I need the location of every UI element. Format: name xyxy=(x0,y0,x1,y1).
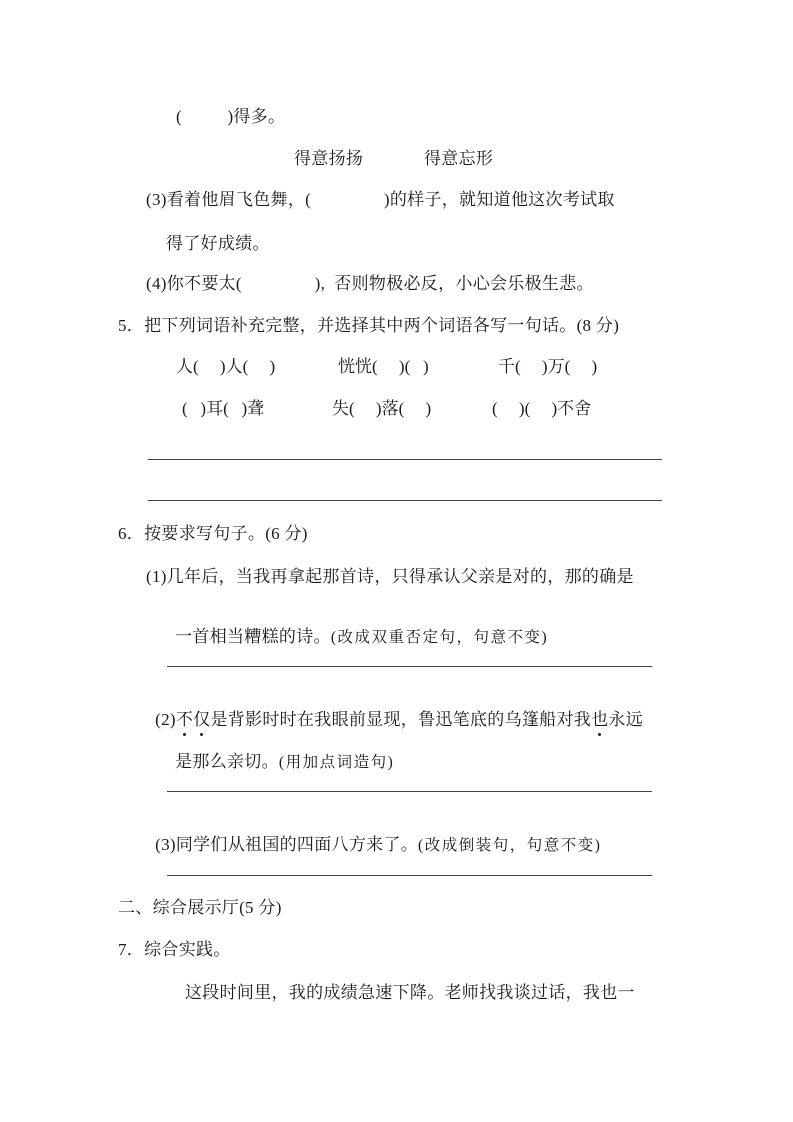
q6-item2-prefix: (2) xyxy=(155,710,176,729)
q5-word-5: 失( )落( ) xyxy=(332,399,431,419)
q5-word-4: ( )耳( )聋 xyxy=(182,399,264,419)
q7-paragraph: 这段时间里，我的成绩急速下降。老师找我谈过话，我也一 xyxy=(185,983,635,1003)
q5-answer-line-1[interactable] xyxy=(148,459,662,460)
q6-item1-sentence: 一首相当糟糕的诗。 xyxy=(175,627,331,646)
q5-word-2: 恍恍( )( ) xyxy=(338,357,429,377)
q4-fragment-line: ( )得多。 xyxy=(176,107,285,127)
q5-word-row-2: ( )耳( )聋 失( )落( ) ( )( )不舍 xyxy=(182,399,662,419)
q5-word-6: ( )( )不舍 xyxy=(492,399,591,419)
q6-item2-line2: 是那么亲切。(用加点词造句) xyxy=(166,732,394,773)
emphasis-dot-char-jin: 仅 xyxy=(193,710,210,730)
q6-item1-answer-line[interactable] xyxy=(167,666,652,667)
q6-item2-sentence: 是那么亲切。 xyxy=(175,752,279,771)
q6-item3-answer-line[interactable] xyxy=(167,875,652,876)
q7-title: 7．综合实践。 xyxy=(118,940,231,960)
q6-item2-mid: 是背影时时在我眼前显现，鲁迅笔底的乌篷船对我 xyxy=(210,710,591,729)
q6-item2-line1: (2)不仅是背影时时在我眼前显现，鲁迅笔底的乌篷船对我也永远 xyxy=(146,690,643,730)
emphasis-dot-char-bu: 不 xyxy=(176,710,193,730)
q5-word-3: 千( )万( ) xyxy=(498,357,597,377)
q6-item1-line2: 一首相当糟糕的诗。(改成双重否定句，句意不变) xyxy=(166,607,548,648)
q5-title: 5．把下列词语补充完整，并选择其中两个词语各写一句话。(8 分) xyxy=(118,316,619,336)
q5-word-row-1: 人( )人( ) 恍恍( )( ) 千( )万( ) xyxy=(176,357,656,377)
q6-title: 6．按要求写句子。(6 分) xyxy=(118,524,308,544)
q6-item2-answer-line[interactable] xyxy=(167,791,652,792)
q5-answer-line-2[interactable] xyxy=(148,500,662,501)
emphasis-dot-char-ye: 也 xyxy=(591,710,608,730)
section-2-heading: 二、综合展示厅(5 分) xyxy=(118,898,282,918)
q6-item1-instruction: (改成双重否定句，句意不变) xyxy=(331,629,548,646)
q6-item3-instruction: (改成倒装句，句意不变) xyxy=(418,837,601,854)
q6-item2-suffix: 永远 xyxy=(608,710,643,729)
q5-word-1: 人( )人( ) xyxy=(176,357,275,377)
q4-item3-line1: (3)看着他眉飞色舞，( )的样子，就知道他这次考试取 xyxy=(146,190,615,210)
q6-item2-instruction: (用加点词造句) xyxy=(279,754,394,771)
q4-option-1: 得意扬扬 xyxy=(294,149,363,169)
q6-item3-sentence: (3)同学们从祖国的四面八方来了。 xyxy=(155,835,418,854)
q4-item3-line2: 得了好成绩。 xyxy=(166,234,270,254)
q6-item1-line1: (1)几年后，当我再拿起那首诗，只得承认父亲是对的，那的确是 xyxy=(146,567,634,587)
q4-item4-line1: (4)你不要太( ), 否则物极必反，小心会乐极生悲。 xyxy=(146,274,594,294)
q6-item3-line1: (3)同学们从祖国的四面八方来了。(改成倒装句，句意不变) xyxy=(146,815,601,856)
q4-option-2: 得意忘形 xyxy=(424,149,493,169)
